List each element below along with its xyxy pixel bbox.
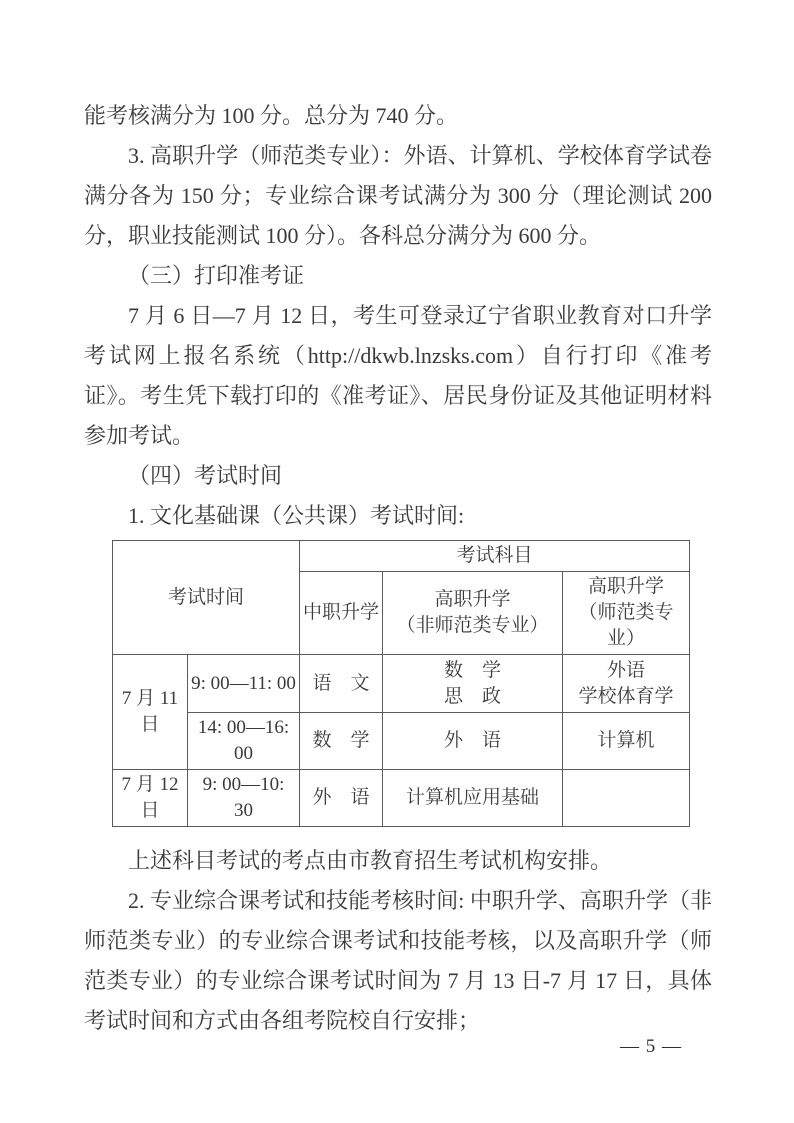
table-row-jul12-morning: 7 月 12 日 9: 00—10: 30 外 语 计算机应用基础 — [113, 770, 690, 827]
paragraph-note-after-table: 上述科目考试的考点由市教育招生考试机构安排。 — [84, 841, 712, 881]
cell-fei-line2: 思 政 — [386, 684, 559, 710]
paragraph-print-ticket: 7 月 6 日—7 月 12 日，考生可登录辽宁省职业教育对口升学考试网上报名系… — [84, 296, 712, 456]
cell-shi-jisuanji: 计算机 — [563, 713, 690, 770]
cell-zhongzhi-shuxue: 数 学 — [300, 713, 383, 770]
header-cell-gaozhi-shifan: 高职升学 （师范类专业） — [563, 572, 690, 655]
cell-fei-line1: 数 学 — [386, 658, 559, 684]
section-heading-exam-time: （四）考试时间 — [84, 456, 712, 496]
header-gaozhi-fei-line1: 高职升学 — [386, 587, 559, 613]
cell-time-morning: 9: 00—11: 00 — [188, 655, 300, 713]
paragraph-item2-specialty-course: 2. 专业综合课考试和技能考核时间: 中职升学、高职升学（非师范类专业）的专业综… — [84, 881, 712, 1041]
cell-shi-line1: 外语 — [566, 658, 686, 684]
table-row-jul11-morning: 7 月 11 日 9: 00—11: 00 语 文 数 学 思 政 外语 学校体… — [113, 655, 690, 713]
section-heading-print-ticket: （三）打印准考证 — [84, 256, 712, 296]
cell-shi-line2: 学校体育学 — [566, 684, 686, 710]
cell-shi-empty — [563, 770, 690, 827]
table-row-jul11-afternoon: 14: 00—16: 00 数 学 外 语 计算机 — [113, 713, 690, 770]
cell-shi-waiyu-tiyu: 外语 学校体育学 — [563, 655, 690, 713]
header-cell-zhongzhi: 中职升学 — [300, 572, 383, 655]
cell-fei-waiyu: 外 语 — [383, 713, 563, 770]
document-page: 能考核满分为 100 分。总分为 740 分。 3. 高职升学（师范类专业）：外… — [0, 0, 794, 1123]
header-gaozhi-shi-line2: （师范类专业） — [566, 600, 686, 652]
cell-zhongzhi-waiyu: 外 语 — [300, 770, 383, 827]
paragraph-item1-culture-course: 1. 文化基础课（公共课）考试时间: — [84, 496, 712, 536]
cell-time-afternoon: 14: 00—16: 00 — [188, 713, 300, 770]
cell-fei-jisuanji-jichu: 计算机应用基础 — [383, 770, 563, 827]
table-header-row-1: 考试时间 考试科目 — [113, 541, 690, 572]
header-cell-gaozhi-feishifan: 高职升学 （非师范类专业） — [383, 572, 563, 655]
cell-time-jul12: 9: 00—10: 30 — [188, 770, 300, 827]
exam-schedule-table: 考试时间 考试科目 中职升学 高职升学 （非师范类专业） 高职升学 （师范类专业… — [112, 540, 690, 827]
header-cell-exam-subjects: 考试科目 — [300, 541, 690, 572]
page-number: — 5 — — [596, 1036, 706, 1058]
document-body: 能考核满分为 100 分。总分为 740 分。 3. 高职升学（师范类专业）：外… — [84, 96, 712, 1041]
header-cell-exam-time: 考试时间 — [113, 541, 300, 655]
header-gaozhi-shi-line1: 高职升学 — [566, 574, 686, 600]
header-gaozhi-fei-line2: （非师范类专业） — [386, 613, 559, 639]
paragraph-item3-normal-major: 3. 高职升学（师范类专业）：外语、计算机、学校体育学试卷满分各为 150 分；… — [84, 136, 712, 256]
cell-date-jul11: 7 月 11 日 — [113, 655, 188, 770]
cell-date-jul12: 7 月 12 日 — [113, 770, 188, 827]
cell-fei-shuxue-sizheng: 数 学 思 政 — [383, 655, 563, 713]
paragraph-score-summary: 能考核满分为 100 分。总分为 740 分。 — [84, 96, 712, 136]
cell-zhongzhi-yuwen: 语 文 — [300, 655, 383, 713]
